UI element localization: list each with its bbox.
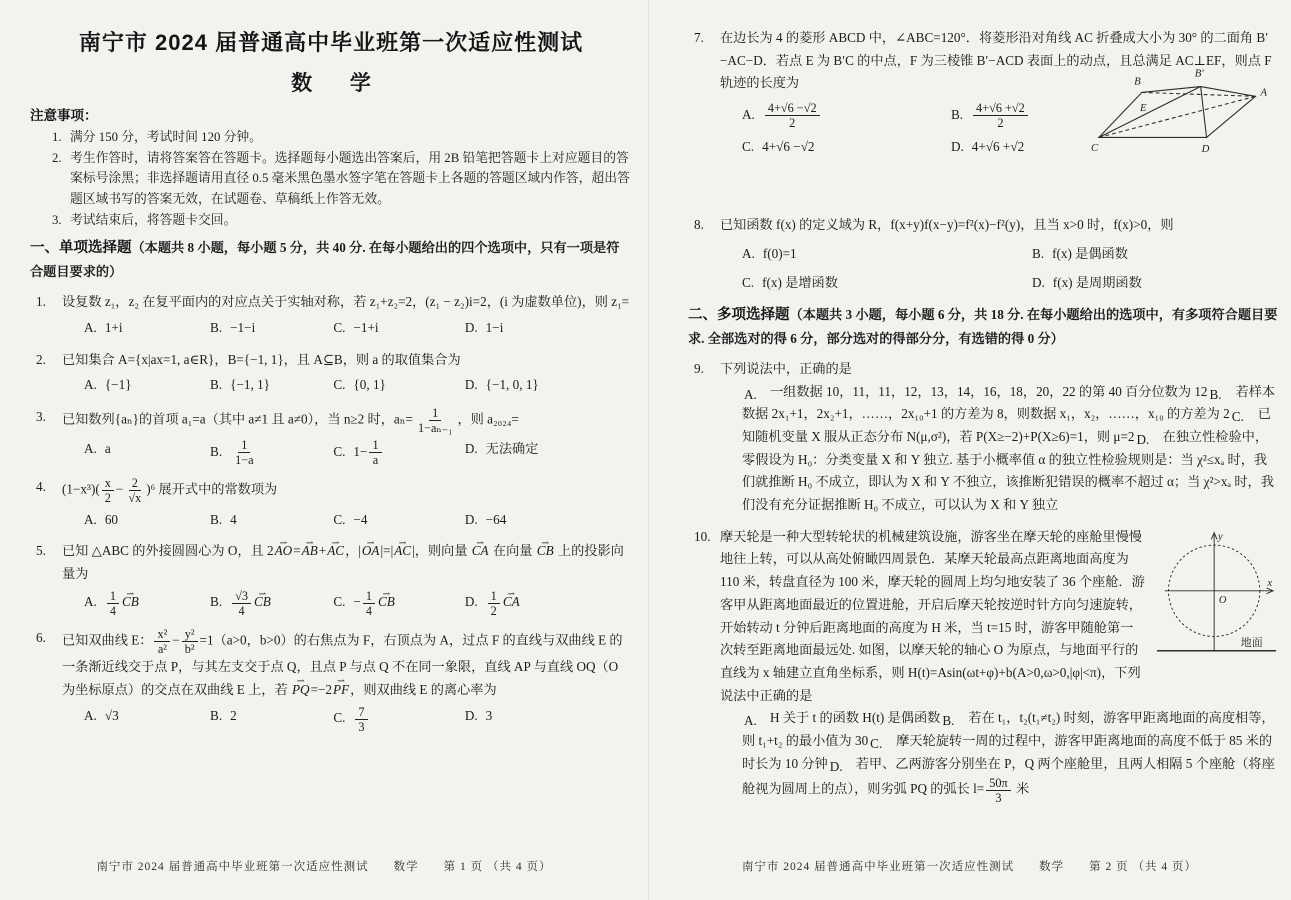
question-9: 9.下列说法中，正确的是A.一组数据 10，11，11，12，13，14，16，… bbox=[688, 358, 1279, 517]
option-label: D. bbox=[830, 756, 843, 779]
option-text: 2 bbox=[230, 708, 237, 723]
question-body: 已知数列{aₙ}的首项 a₁=a（其中 a≠1 且 a≠0），当 n≥2 时，a… bbox=[62, 406, 632, 435]
option-label: B. bbox=[1032, 246, 1044, 261]
option-label: A. bbox=[742, 246, 755, 261]
option-label: C. bbox=[742, 275, 754, 290]
option-text: 1+i bbox=[105, 320, 123, 335]
option-label: D. bbox=[465, 320, 478, 335]
vector-notation: PF bbox=[333, 682, 349, 697]
option-label: B. bbox=[210, 377, 222, 392]
option-text: √3 bbox=[105, 708, 119, 723]
fraction-numerator: 7 bbox=[355, 705, 367, 720]
option-label: C. bbox=[333, 377, 345, 392]
section-title: 一、单项选择题 bbox=[30, 240, 132, 256]
option-text: f(x) 是增函数 bbox=[762, 275, 838, 290]
question-body: y x O 地面 摩天轮是一种大型转轮状的机械建筑设施，游客坐在摩天轮的座舱里慢… bbox=[720, 526, 1279, 708]
option-label: C. bbox=[333, 320, 345, 335]
option-D: D.1−i bbox=[465, 317, 632, 340]
option-A: A.√3 bbox=[84, 705, 210, 734]
figure-tetrahedron: B B′ A E C D bbox=[1091, 63, 1279, 161]
notice-item-2: 2.考生作答时，请将答案答在答题卡。选择题每小题选出答案后，用 2B 铅笔把答题… bbox=[30, 148, 632, 210]
vector-notation: AC bbox=[394, 543, 411, 558]
option-text: 4+√6 −√22 bbox=[763, 107, 822, 122]
option-text: f(x) 是偶函数 bbox=[1052, 246, 1128, 261]
option-text: 1−i bbox=[486, 320, 504, 335]
question-number: 6. bbox=[36, 627, 46, 650]
vector-notation: CA bbox=[503, 594, 520, 609]
option-text: f(x) 是周期函数 bbox=[1053, 275, 1142, 290]
question-number: 8. bbox=[694, 214, 704, 237]
option-B: B.√34CB bbox=[210, 589, 333, 618]
option-text: 11−a bbox=[230, 444, 259, 459]
options-and-figure: B B′ A E C D A.4+√6 −√22B.4+√6 +√22C.4+√… bbox=[720, 101, 1279, 205]
option-A: A.H 关于 t 的函数 H(t) 是偶函数 bbox=[742, 710, 940, 725]
page-2-content: 7.在边长为 4 的菱形 ABCD 中，∠ABC=120°．将菱形沿对角线 AC… bbox=[688, 27, 1279, 805]
section-title: 二、多项选择题 bbox=[688, 307, 790, 323]
fraction: 50π3 bbox=[986, 776, 1010, 805]
fraction-denominator: 4 bbox=[235, 604, 247, 618]
fraction-numerator: √3 bbox=[232, 589, 251, 604]
question-5: 5.已知 △ABC 的外接圆圆心为 O，且 2AO=AB+AC，|OA|=|AC… bbox=[30, 540, 632, 618]
option-A: A.14CB bbox=[84, 589, 210, 618]
option-text: {−1, 0, 1} bbox=[486, 377, 539, 392]
vector-notation: CB bbox=[254, 594, 271, 609]
fraction-denominator: 2 bbox=[102, 491, 114, 505]
fraction-denominator: 3 bbox=[992, 791, 1004, 805]
page-1-content: 一、单项选择题（本题共 8 小题，每小题 5 分，共 40 分. 在每小题给出的… bbox=[30, 236, 632, 733]
options-row: A.1+iB.−1−iC.−1+iD.1−i bbox=[84, 317, 632, 340]
fraction: 1a bbox=[369, 438, 381, 467]
option-C: C.−14CB bbox=[333, 589, 465, 618]
option-label: A. bbox=[84, 320, 97, 335]
option-label: C. bbox=[333, 444, 345, 459]
option-label: A. bbox=[84, 594, 97, 609]
options-row: C.4+√6 −√2D.4+√6 +√2 bbox=[742, 136, 1079, 159]
option-text: f(0)=1 bbox=[763, 246, 797, 261]
question-6: 6.已知双曲线 E：x²a²−y²b²=1（a>0，b>0）的右焦点为 F，右顶… bbox=[30, 627, 632, 734]
option-text: −1−i bbox=[230, 320, 255, 335]
option-D: D.3 bbox=[465, 705, 632, 734]
option-label: D. bbox=[465, 594, 478, 609]
fraction: 4+√6 −√22 bbox=[765, 101, 820, 130]
vector-notation: AC bbox=[327, 543, 344, 558]
question-number: 5. bbox=[36, 540, 46, 563]
vector-notation: OA bbox=[362, 543, 380, 558]
option-text: H 关于 t 的函数 H(t) 是偶函数 bbox=[770, 710, 940, 725]
fraction: x2 bbox=[102, 476, 114, 505]
question-4: 4.(1−x³)(x2−2√x)⁶ 展开式中的常数项为A.60B.4C.−4D.… bbox=[30, 476, 632, 531]
fraction-numerator: y² bbox=[182, 627, 198, 642]
fraction-numerator: 1 bbox=[107, 589, 119, 604]
question-number: 4. bbox=[36, 476, 46, 499]
notice-number: 3. bbox=[52, 210, 62, 231]
options-row: A.√3B.2C.73D.3 bbox=[84, 705, 632, 734]
option-D: D.{−1, 0, 1} bbox=[465, 374, 632, 397]
option-B: B.{−1, 1} bbox=[210, 374, 333, 397]
page-1: 南宁市 2024 届普通高中毕业班第一次适应性测试 数 学 注意事项： 1.满分… bbox=[0, 0, 648, 900]
option-A: A.{−1} bbox=[84, 374, 210, 397]
fraction-numerator: 1 bbox=[369, 438, 381, 453]
question-body: 已知双曲线 E：x²a²−y²b²=1（a>0，b>0）的右焦点为 F，右顶点为… bbox=[62, 627, 632, 702]
fraction: 73 bbox=[355, 705, 367, 734]
option-D: D.无法确定 bbox=[465, 438, 632, 467]
notices-block: 注意事项： 1.满分 150 分，考试时间 120 分钟。2.考生作答时，请将答… bbox=[30, 105, 632, 230]
option-A: A.60 bbox=[84, 509, 210, 532]
notice-number: 1. bbox=[52, 127, 62, 148]
option-text: −4 bbox=[353, 512, 367, 527]
options-list: A.H 关于 t 的函数 H(t) 是偶函数B.若在 t₁，t₂(t₁≠t₂) … bbox=[742, 707, 1279, 804]
option-label: C. bbox=[870, 733, 882, 756]
option-text: 3 bbox=[486, 708, 493, 723]
fraction-numerator: 1 bbox=[363, 589, 375, 604]
fraction: 11−aₙ₋₁ bbox=[415, 406, 456, 435]
option-label: C. bbox=[333, 594, 345, 609]
option-text: −14CB bbox=[353, 594, 395, 609]
fraction-numerator: 1 bbox=[488, 589, 500, 604]
fraction-numerator: 1 bbox=[238, 438, 250, 453]
option-B: B.f(x) 是偶函数 bbox=[1032, 243, 1279, 266]
fraction-denominator: b² bbox=[182, 642, 198, 656]
question-10: 10. y x O 地面 摩天轮是一种大型转轮状的机械建筑设施，游客坐在摩天轮的… bbox=[688, 526, 1279, 805]
fraction-denominator: 2 bbox=[786, 116, 798, 130]
option-B: B.11−a bbox=[210, 438, 333, 467]
question-body: 已知 △ABC 的外接圆圆心为 O，且 2AO=AB+AC，|OA|=|AC|，… bbox=[62, 540, 632, 585]
option-C: C.−4 bbox=[333, 509, 465, 532]
option-label: A. bbox=[84, 441, 97, 456]
option-text: 12CA bbox=[486, 594, 521, 609]
fraction-numerator: 50π bbox=[986, 776, 1010, 791]
section-header: 一、单项选择题（本题共 8 小题，每小题 5 分，共 40 分. 在每小题给出的… bbox=[30, 236, 632, 284]
notice-text: 考生作答时，请将答案答在答题卡。选择题每小题选出答案后，用 2B 铅笔把答题卡上… bbox=[70, 151, 630, 206]
fraction-denominator: 4 bbox=[107, 604, 119, 618]
option-text: −64 bbox=[486, 512, 507, 527]
option-label: B. bbox=[210, 444, 222, 459]
fraction-denominator: 1−a bbox=[232, 453, 257, 467]
notice-item-1: 1.满分 150 分，考试时间 120 分钟。 bbox=[30, 127, 632, 148]
option-text: −1+i bbox=[353, 320, 378, 335]
option-D: D.4+√6 +√2 bbox=[951, 136, 1079, 159]
tetra-outline bbox=[1099, 87, 1256, 138]
option-label: B. bbox=[210, 708, 222, 723]
page-1-footer: 南宁市 2024 届普通高中毕业班第一次适应性测试 数学 第 1 页 （共 4 … bbox=[0, 858, 648, 874]
option-label: B. bbox=[951, 107, 963, 122]
question-number: 7. bbox=[694, 27, 704, 50]
option-text: 4 bbox=[230, 512, 237, 527]
fraction-denominator: a bbox=[370, 453, 381, 467]
section-header: 二、多项选择题（本题共 3 小题，每小题 6 分，共 18 分. 在每小题给出的… bbox=[688, 303, 1279, 351]
option-label: D. bbox=[465, 377, 478, 392]
notice-number: 2. bbox=[52, 148, 62, 169]
fraction-numerator: 4+√6 +√2 bbox=[973, 101, 1028, 116]
vector-notation: PQ bbox=[292, 682, 310, 697]
fraction: x²a² bbox=[154, 627, 170, 656]
page-2: 7.在边长为 4 的菱形 ABCD 中，∠ABC=120°．将菱形沿对角线 AC… bbox=[648, 0, 1291, 900]
fraction: 11−a bbox=[232, 438, 257, 467]
options-row: A.aB.11−aC.1−1aD.无法确定 bbox=[84, 438, 632, 467]
option-text: 4+√6 −√2 bbox=[762, 139, 814, 154]
option-label: D. bbox=[1137, 429, 1150, 452]
fraction: √34 bbox=[232, 589, 251, 618]
notice-text: 考试结束后，将答题卡交回。 bbox=[70, 213, 236, 227]
fraction-denominator: 3 bbox=[355, 720, 367, 734]
option-text: a bbox=[105, 441, 111, 456]
option-C: C.{0, 1} bbox=[333, 374, 465, 397]
option-label: A. bbox=[84, 512, 97, 527]
question-body: 已知集合 A={x|ax=1, a∈R}，B={−1, 1}，且 A⊆B，则 a… bbox=[62, 349, 632, 372]
option-text: {−1, 1} bbox=[230, 377, 270, 392]
fraction-numerator: 1 bbox=[429, 406, 441, 421]
vector-notation: CB bbox=[122, 594, 139, 609]
option-D: D.12CA bbox=[465, 589, 632, 618]
figure-slot: B B′ A E C D bbox=[1091, 63, 1279, 169]
option-B: B.4+√6 +√22 bbox=[951, 101, 1079, 130]
option-C: C.−1+i bbox=[333, 317, 465, 340]
option-label: B. bbox=[210, 320, 222, 335]
option-label: D. bbox=[465, 512, 478, 527]
options-list: A.一组数据 10，11，11，12，13，14，16，18，20，22 的第 … bbox=[742, 381, 1279, 517]
fraction-denominator: 1−aₙ₋₁ bbox=[415, 421, 456, 435]
page-2-footer: 南宁市 2024 届普通高中毕业班第一次适应性测试 数学 第 2 页 （共 4 … bbox=[648, 858, 1291, 874]
option-text: 1−1a bbox=[353, 444, 383, 459]
option-A: A.4+√6 −√22 bbox=[742, 101, 951, 130]
question-body: 下列说法中，正确的是 bbox=[720, 358, 1279, 381]
tetra-label-e: E bbox=[1139, 102, 1147, 114]
notice-text: 满分 150 分，考试时间 120 分钟。 bbox=[70, 130, 262, 144]
fraction: 14 bbox=[363, 589, 375, 618]
options-row: A.14CBB.√34CBC.−14CBD.12CA bbox=[84, 589, 632, 618]
exam-subject: 数 学 bbox=[30, 67, 632, 97]
question-2: 2.已知集合 A={x|ax=1, a∈R}，B={−1, 1}，且 A⊆B，则… bbox=[30, 349, 632, 397]
figure-ferris-wheel: y x O 地面 bbox=[1155, 528, 1279, 666]
vector-notation: CA bbox=[472, 543, 489, 558]
fraction-denominator: 2 bbox=[488, 604, 500, 618]
option-label: A. bbox=[84, 377, 97, 392]
notices-list: 1.满分 150 分，考试时间 120 分钟。2.考生作答时，请将答案答在答题卡… bbox=[30, 127, 632, 231]
notice-item-3: 3.考试结束后，将答题卡交回。 bbox=[30, 210, 632, 231]
option-label: C. bbox=[1232, 406, 1244, 429]
fraction-denominator: 2 bbox=[994, 116, 1006, 130]
question-body: 已知函数 f(x) 的定义域为 R，f(x+y)f(x−y)=f²(x)−f²(… bbox=[720, 214, 1279, 237]
option-C: C.73 bbox=[333, 705, 465, 734]
question-body: (1−x³)(x2−2√x)⁶ 展开式中的常数项为 bbox=[62, 476, 632, 505]
option-text: 73 bbox=[353, 710, 369, 725]
tetra-label-bprime: B′ bbox=[1195, 68, 1205, 80]
option-label: B. bbox=[210, 594, 222, 609]
option-label: D. bbox=[1032, 275, 1045, 290]
ferris-label-x: x bbox=[1266, 578, 1272, 589]
option-label: B. bbox=[210, 512, 222, 527]
option-A: A.a bbox=[84, 438, 210, 467]
fraction-denominator: a² bbox=[155, 642, 170, 656]
options-row: A.f(0)=1B.f(x) 是偶函数 bbox=[742, 243, 1279, 266]
fraction-denominator: 4 bbox=[363, 604, 375, 618]
fraction-denominator: √x bbox=[125, 491, 144, 505]
option-C: C.4+√6 −√2 bbox=[742, 136, 951, 159]
question-number: 2. bbox=[36, 349, 46, 372]
notices-heading: 注意事项： bbox=[30, 105, 632, 127]
tetra-label-a: A bbox=[1259, 86, 1267, 98]
question-number: 3. bbox=[36, 406, 46, 429]
fraction: 4+√6 +√22 bbox=[973, 101, 1028, 130]
option-D: D.f(x) 是周期函数 bbox=[1032, 272, 1279, 295]
fraction-numerator: 4+√6 −√2 bbox=[765, 101, 820, 116]
option-text: 4+√6 +√2 bbox=[972, 139, 1024, 154]
option-C: C.1−1a bbox=[333, 438, 465, 467]
question-body: 设复数 z₁，z₂ 在复平面内的对应点关于实轴对称，若 z₁+z₂=2，(z₁ … bbox=[62, 291, 632, 314]
tetra-label-d: D bbox=[1201, 143, 1210, 155]
option-A: A.一组数据 10，11，11，12，13，14，16，18，20，22 的第 … bbox=[742, 384, 1208, 399]
vector-notation: AO bbox=[275, 543, 293, 558]
options-row: A.4+√6 −√22B.4+√6 +√22 bbox=[742, 101, 1079, 130]
question-number: 9. bbox=[694, 358, 704, 381]
option-D: D.−64 bbox=[465, 509, 632, 532]
question-8: 8.已知函数 f(x) 的定义域为 R，f(x+y)f(x−y)=f²(x)−f… bbox=[688, 214, 1279, 294]
option-text: 14CB bbox=[105, 594, 140, 609]
option-A: A.f(0)=1 bbox=[742, 243, 1032, 266]
figure-wrapper: y x O 地面 bbox=[1155, 528, 1279, 674]
option-B: B.2 bbox=[210, 705, 333, 734]
option-text: 一组数据 10，11，11，12，13，14，16，18，20，22 的第 40… bbox=[770, 384, 1208, 399]
option-label: C. bbox=[742, 139, 754, 154]
option-label: C. bbox=[333, 710, 345, 725]
option-label: D. bbox=[951, 139, 964, 154]
tetra-label-b: B bbox=[1134, 76, 1141, 88]
option-label: A. bbox=[744, 384, 757, 407]
vector-notation: AB bbox=[302, 543, 318, 558]
options-row: A.60B.4C.−4D.−64 bbox=[84, 509, 632, 532]
tetra-label-c: C bbox=[1091, 142, 1099, 154]
option-label: D. bbox=[465, 441, 478, 456]
vector-notation: CB bbox=[537, 543, 554, 558]
option-label: A. bbox=[84, 708, 97, 723]
question-number: 10. bbox=[694, 526, 710, 549]
option-label: C. bbox=[333, 512, 345, 527]
exam-title: 南宁市 2024 届普通高中毕业班第一次适应性测试 bbox=[30, 26, 632, 57]
question-3: 3.已知数列{aₙ}的首项 a₁=a（其中 a≠1 且 a≠0），当 n≥2 时… bbox=[30, 406, 632, 467]
ferris-label-ground: 地面 bbox=[1241, 635, 1263, 649]
option-A: A.1+i bbox=[84, 317, 210, 340]
option-label: B. bbox=[942, 710, 954, 733]
option-C: C.f(x) 是增函数 bbox=[742, 272, 1032, 295]
option-text: √34CB bbox=[230, 594, 272, 609]
option-label: A. bbox=[742, 107, 755, 122]
option-text: 60 bbox=[105, 512, 118, 527]
option-B: B.−1−i bbox=[210, 317, 333, 340]
fraction: 2√x bbox=[125, 476, 144, 505]
question-1: 1.设复数 z₁，z₂ 在复平面内的对应点关于实轴对称，若 z₁+z₂=2，(z… bbox=[30, 291, 632, 339]
option-label: D. bbox=[465, 708, 478, 723]
option-text: 无法确定 bbox=[486, 441, 539, 456]
exam-paper-scan: 南宁市 2024 届普通高中毕业班第一次适应性测试 数 学 注意事项： 1.满分… bbox=[0, 0, 1291, 900]
fraction: 14 bbox=[107, 589, 119, 618]
option-text: 4+√6 +√22 bbox=[971, 107, 1030, 122]
fraction-numerator: x² bbox=[154, 627, 170, 642]
option-label: A. bbox=[744, 710, 757, 733]
ferris-label-o: O bbox=[1219, 595, 1227, 606]
fraction: y²b² bbox=[182, 627, 198, 656]
options-row: A.{−1}B.{−1, 1}C.{0, 1}D.{−1, 0, 1} bbox=[84, 374, 632, 397]
question-7: 7.在边长为 4 的菱形 ABCD 中，∠ABC=120°．将菱形沿对角线 AC… bbox=[688, 27, 1279, 205]
fraction: 12 bbox=[488, 589, 500, 618]
fraction-numerator: x bbox=[102, 476, 114, 491]
options-row: C.f(x) 是增函数D.f(x) 是周期函数 bbox=[742, 272, 1279, 295]
option-text: {0, 1} bbox=[353, 377, 385, 392]
fraction-numerator: 2 bbox=[129, 476, 141, 491]
tetra-dashed-c-a bbox=[1099, 96, 1256, 137]
vector-notation: CB bbox=[378, 594, 395, 609]
option-label: B. bbox=[1210, 384, 1222, 407]
option-B: B.4 bbox=[210, 509, 333, 532]
ferris-label-y: y bbox=[1217, 531, 1223, 542]
question-number: 1. bbox=[36, 291, 46, 314]
option-text: {−1} bbox=[105, 377, 132, 392]
